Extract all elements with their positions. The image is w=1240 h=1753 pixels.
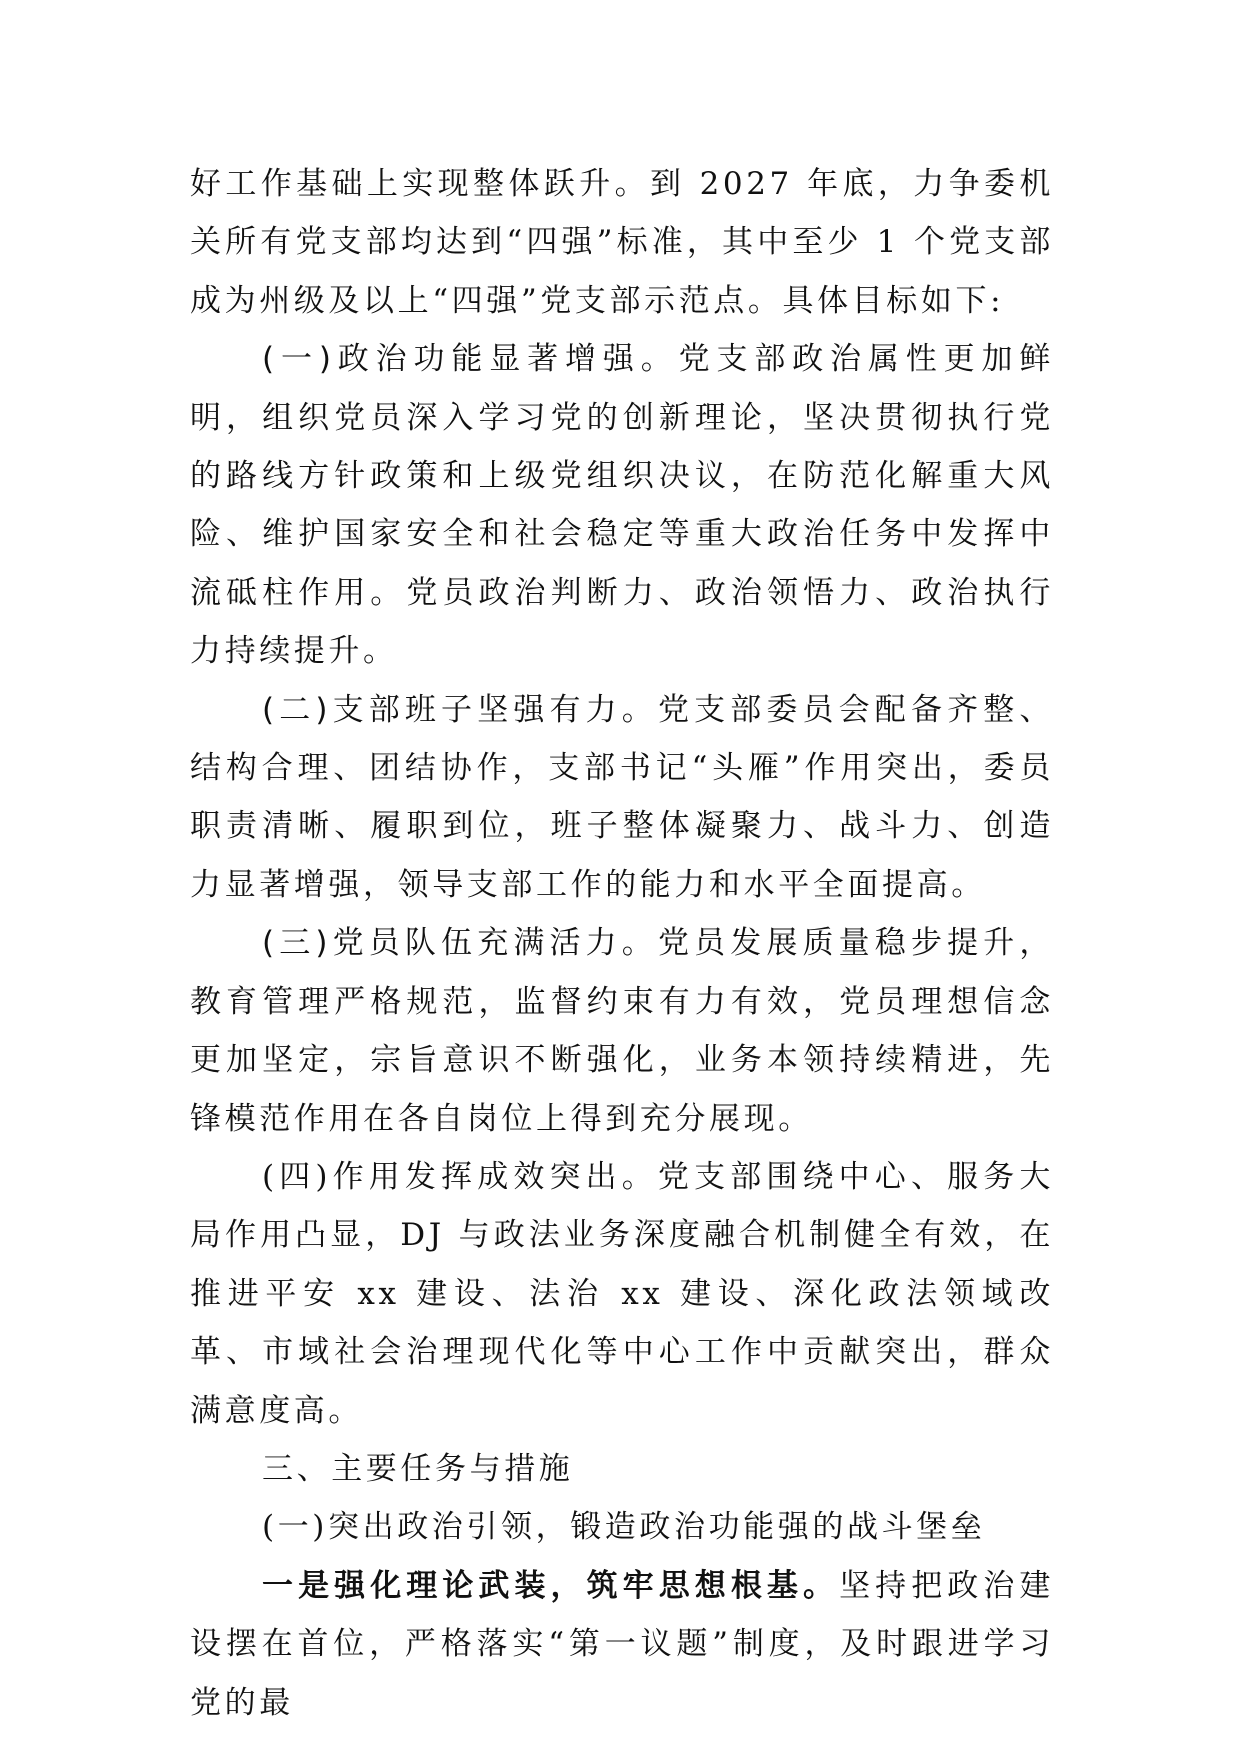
goal-paragraph-branch-leadership: (二)支部班子坚强有力。党支部委员会配备齐整、结构合理、团结协作，支部书记“头雁… <box>190 681 1054 915</box>
goal-paragraph-member-vitality: (三)党员队伍充满活力。党员发展质量稳步提升，教育管理严格规范，监督约束有力有效… <box>190 914 1054 1148</box>
task-lead-theory: 一是强化理论武装，筑牢思想根基。 <box>262 1568 839 1604</box>
document-page: 好工作基础上实现整体跃升。到 2027 年底，力争委机关所有党支部均达到“四强”… <box>190 155 1054 1732</box>
goal-paragraph-role-effect: (四)作用发挥成效突出。党支部围绕中心、服务大局作用凸显，DJ 与政法业务深度融… <box>190 1148 1054 1440</box>
intro-text: 好工作基础上实现整体跃升。到 2027 年底，力争委机关所有党支部均达到“四强”… <box>190 166 1054 319</box>
goal-lead-branch-leadership: (二)支部班子坚强有力。 <box>262 692 658 728</box>
goal-paragraph-political-function: (一)政治功能显著增强。党支部政治属性更加鲜明，组织党员深入学习党的创新理论，坚… <box>190 330 1054 680</box>
subsection-heading: (一)突出政治引领，锻造政治功能强的战斗堡垒 <box>190 1498 1054 1556</box>
section-heading: 三、主要任务与措施 <box>190 1440 1054 1498</box>
goal-text-political-function: 党支部政治属性更加鲜明，组织党员深入学习党的创新理论，坚决贯彻执行党的路线方针政… <box>190 341 1054 669</box>
goal-lead-member-vitality: (三)党员队伍充满活力。 <box>262 925 658 961</box>
task-paragraph-theory: 一是强化理论武装，筑牢思想根基。坚持把政治建设摆在首位，严格落实“第一议题”制度… <box>190 1557 1054 1732</box>
goal-text-role-effect: (四)作用发挥成效突出。党支部围绕中心、服务大局作用凸显，DJ 与政法业务深度融… <box>190 1159 1054 1429</box>
goal-lead-political-function: (一)政治功能显著增强。 <box>262 341 679 377</box>
intro-paragraph: 好工作基础上实现整体跃升。到 2027 年底，力争委机关所有党支部均达到“四强”… <box>190 155 1054 330</box>
